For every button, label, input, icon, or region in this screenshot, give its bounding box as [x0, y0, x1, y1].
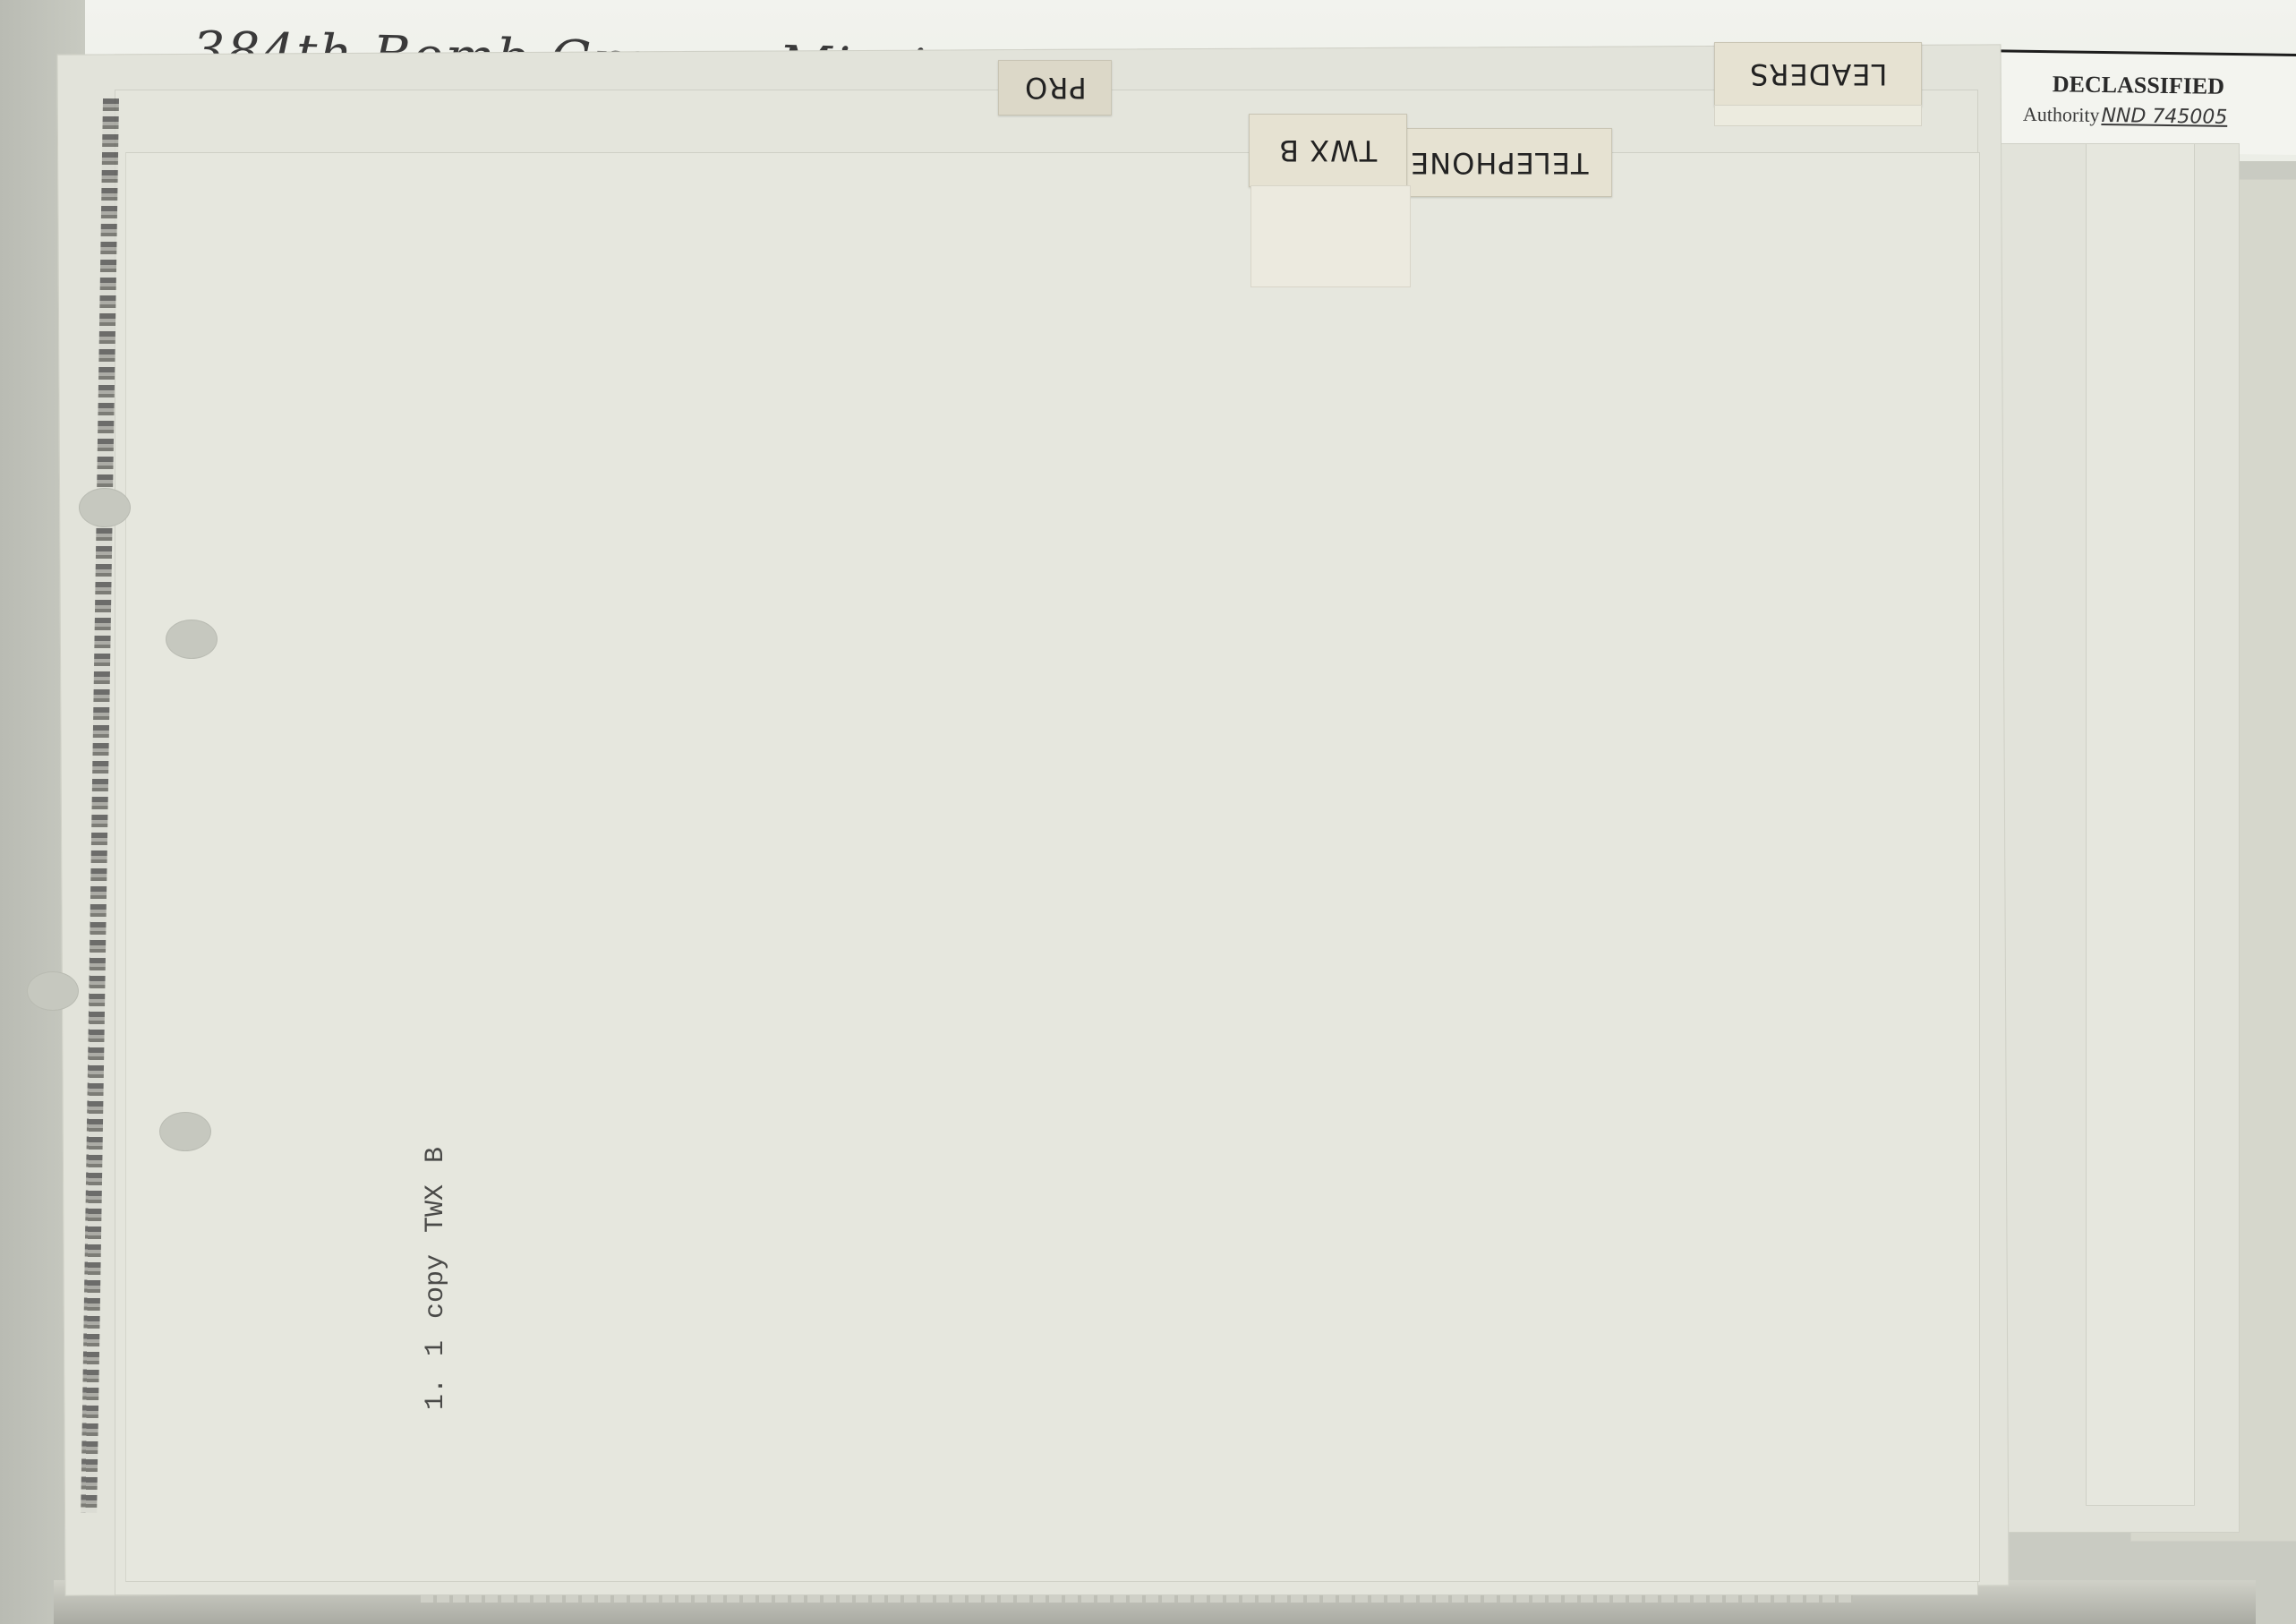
declassified-title: DECLASSIFIED — [1978, 70, 2296, 101]
authority-value: NND 745005 — [2101, 105, 2227, 129]
tab-leaders[interactable]: LEADERS — [1714, 42, 1922, 107]
typed-note: 1. 1 copy TWX B — [421, 1147, 451, 1410]
main-sheet — [125, 152, 1980, 1582]
tab-leaders-label: LEADERS — [1749, 57, 1887, 91]
punch-hole — [159, 1112, 211, 1151]
tab-leaders-base — [1714, 105, 1922, 126]
tab-twx-b[interactable]: TWX B — [1249, 114, 1407, 187]
tab-telephone[interactable]: TELEPHONE — [1405, 128, 1612, 197]
punch-hole — [27, 971, 79, 1011]
authority-label: Authority — [2023, 103, 2100, 126]
tab-pro[interactable]: PRO — [998, 60, 1112, 115]
punch-hole — [166, 620, 218, 659]
tab-pro-label: PRO — [1024, 71, 1087, 105]
tab-telephone-label: TELEPHONE — [1410, 146, 1589, 180]
tab-twx-b-base — [1250, 185, 1411, 287]
punch-hole — [79, 488, 131, 527]
tab-twx-b-label: TWX B — [1278, 133, 1377, 167]
authority-line: AuthorityNND 745005 — [2023, 103, 2228, 129]
back-sheet-right-2 — [2086, 143, 2195, 1506]
declassified-stamp: DECLASSIFIED AuthorityNND 745005 — [1975, 49, 2296, 155]
